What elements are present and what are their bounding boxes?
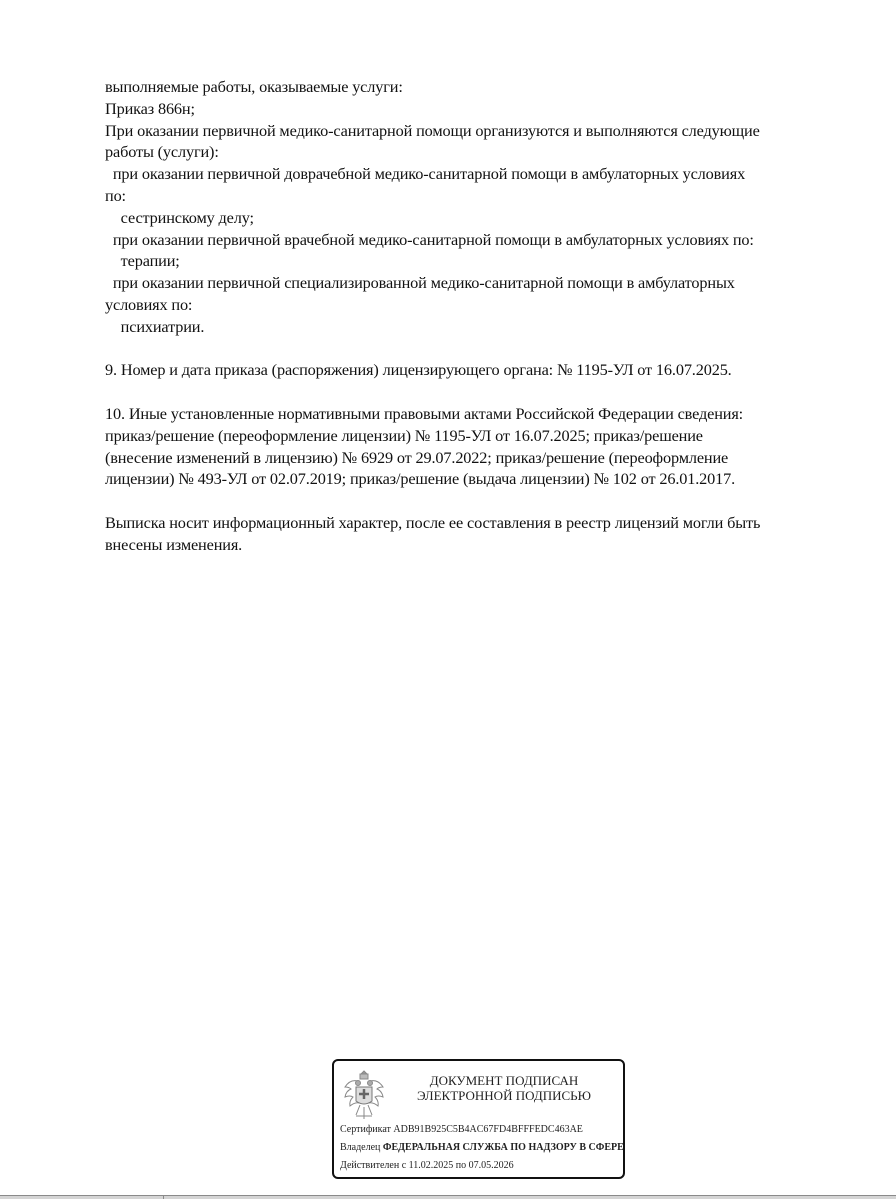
validity-row: Действителен с 11.02.2025 по 07.05.2026	[340, 1160, 514, 1171]
text-line: условиях по:	[105, 294, 865, 316]
text-line: при оказании первичной специализированно…	[105, 272, 865, 294]
text-line: сестринскому делу;	[105, 207, 865, 229]
text-line: терапии;	[105, 250, 865, 272]
certificate-value: ADB91B925C5B4AC67FD4BFFFEDC463AE	[393, 1124, 582, 1135]
disclaimer-line: внесены изменения.	[105, 534, 865, 556]
text-line: Приказ 866н;	[105, 98, 865, 120]
double-headed-eagle-emblem-icon	[342, 1067, 386, 1123]
text-line: работы (услуги):	[105, 141, 865, 163]
text-line: при оказании первичной доврачебной медик…	[105, 163, 865, 185]
text-line: по:	[105, 185, 865, 207]
section-10-line: (внесение изменений в лицензию) № 6929 о…	[105, 447, 865, 469]
section-10-line: приказ/решение (переоформление лицензии)…	[105, 425, 865, 447]
stamp-title: ДОКУМЕНТ ПОДПИСАН ЭЛЕКТРОННОЙ ПОДПИСЬЮ	[396, 1073, 612, 1103]
section-9-order-number: 9. Номер и дата приказа (распоряжения) л…	[105, 359, 865, 381]
owner-row: Владелец ФЕДЕРАЛЬНАЯ СЛУЖБА ПО НАДЗОРУ В…	[340, 1142, 625, 1153]
text-line: психиатрии.	[105, 316, 865, 338]
section-10-heading: 10. Иные установленные нормативными прав…	[105, 403, 865, 425]
text-line: при оказании первичной врачебной медико-…	[105, 229, 865, 251]
viewer-bottom-edge	[0, 1195, 896, 1199]
text-line: выполняемые работы, оказываемые услуги:	[105, 76, 865, 98]
text-line: При оказании первичной медико-санитарной…	[105, 120, 865, 142]
owner-label: Владелец	[340, 1142, 380, 1153]
owner-value: ФЕДЕРАЛЬНАЯ СЛУЖБА ПО НАДЗОРУ В СФЕРЕ ЗД…	[383, 1142, 625, 1153]
document-body: выполняемые работы, оказываемые услуги: …	[105, 76, 865, 556]
certificate-row: Сертификат ADB91B925C5B4AC67FD4BFFFEDC46…	[340, 1124, 583, 1135]
certificate-label: Сертификат	[340, 1124, 391, 1135]
electronic-signature-stamp: ДОКУМЕНТ ПОДПИСАН ЭЛЕКТРОННОЙ ПОДПИСЬЮ С…	[332, 1059, 625, 1179]
disclaimer-line: Выписка носит информационный характер, п…	[105, 512, 865, 534]
section-10-line: лицензии) № 493-УЛ от 02.07.2019; приказ…	[105, 468, 865, 490]
